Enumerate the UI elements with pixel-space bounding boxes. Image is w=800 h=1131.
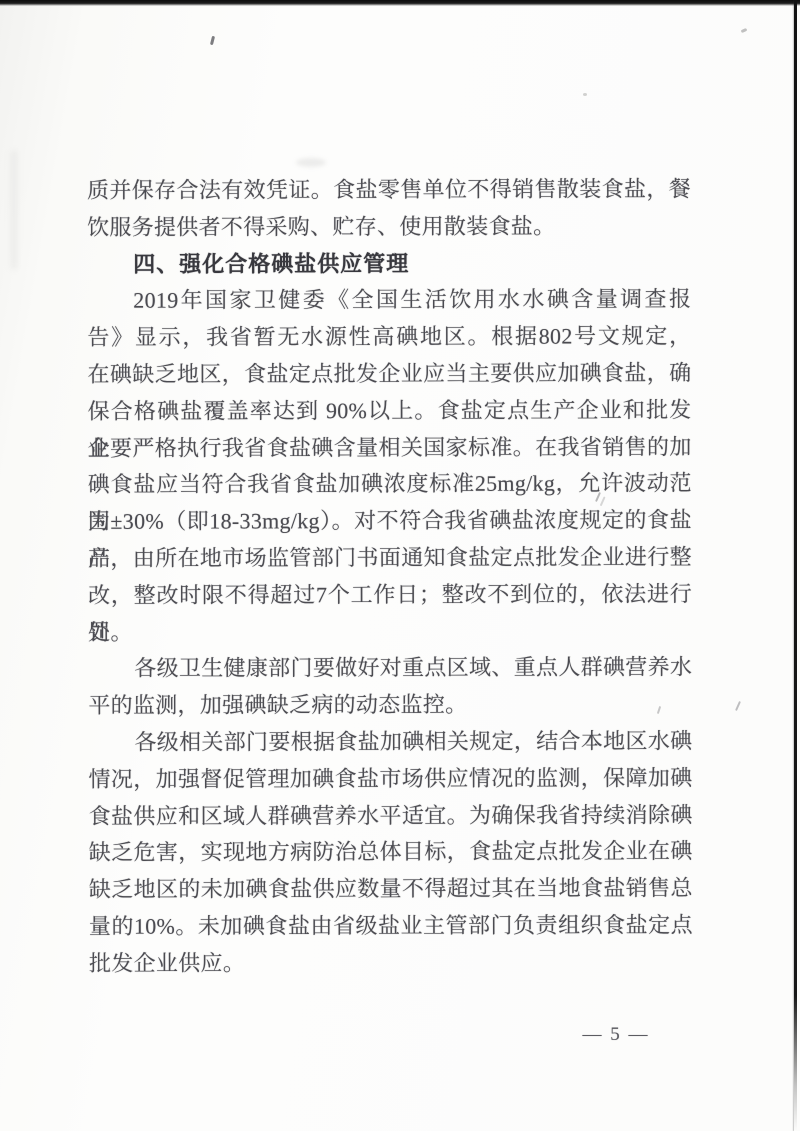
scanned-page: 质并保存合法有效凭证。食盐零售单位不得销售散装食盐，餐 饮服务提供者不得采购、贮… [0, 0, 800, 1131]
text-line: 为±30%（即18-33mg/kg）。对不符合我省碘盐浓度规定的食盐产 [88, 502, 692, 540]
scan-speck [735, 701, 741, 711]
scan-smudge [10, 150, 18, 270]
scan-smudge [296, 158, 326, 167]
text-line: 食盐供应和区域人群碘营养水平适宜。为确保我省持续消除碘 [89, 797, 693, 835]
text-line: 品，由所在地市场监管部门书面通知食盐定点批发企业进行整 [88, 539, 692, 577]
section-heading: 四、强化合格碘盐供应管理 [87, 245, 691, 283]
text-line: 业要严格执行我省食盐碘含量相关国家标准。在我省销售的加 [88, 429, 692, 467]
text-line: 告》显示，我省暂无水源性高碘地区。根据802号文规定， [87, 318, 691, 356]
text-line: 碘食盐应当符合我省食盐加碘浓度标准25mg/kg，允许波动范围 [88, 466, 692, 504]
scan-edge-right [794, 0, 797, 1131]
text-line: 改，整改时限不得超过7个工作日；整改不到位的，依法进行处 [88, 576, 692, 614]
text-line: 缺乏地区的未加碘食盐供应数量不得超过其在当地食盐销售总 [89, 870, 693, 908]
text-line: 情况，加强督促管理加碘食盐市场供应情况的监测，保障加碘 [88, 760, 692, 798]
text-line: 各级卫生健康部门要做好对重点区域、重点人群碘营养水 [88, 650, 692, 688]
text-line: 饮服务提供者不得采购、贮存、使用散装食盐。 [87, 208, 691, 246]
text-line: 质并保存合法有效凭证。食盐零售单位不得销售散装食盐，餐 [87, 171, 691, 209]
text-line: 平的监测，加强碘缺乏病的动态监控。 [88, 686, 692, 724]
text-line: 2019年国家卫健委《全国生活饮用水水碘含量调查报 [87, 282, 691, 320]
text-line: 罚。 [88, 613, 692, 651]
scan-speck [741, 28, 748, 33]
text-line: 批发企业供应。 [89, 944, 693, 982]
text-line: 缺乏危害，实现地方病防治总体目标，食盐定点批发企业在碘 [89, 834, 693, 872]
text-line: 保合格碘盐覆盖率达到 90%以上。食盐定点生产企业和批发企 [88, 392, 692, 430]
text-line: 各级相关部门要根据食盐加碘相关规定，结合本地区水碘 [88, 723, 692, 761]
document-body: 质并保存合法有效凭证。食盐零售单位不得销售散装食盐，餐 饮服务提供者不得采购、贮… [87, 171, 693, 982]
page-number: — 5 — [566, 1020, 666, 1050]
scan-speck [583, 93, 587, 96]
text-line: 在碘缺乏地区，食盐定点批发企业应当主要供应加碘食盐，确 [87, 355, 691, 393]
text-line: 量的10%。未加碘食盐由省级盐业主管部门负责组织食盐定点 [89, 907, 693, 945]
scan-edge-top [0, 0, 800, 6]
scan-speck [210, 36, 215, 45]
